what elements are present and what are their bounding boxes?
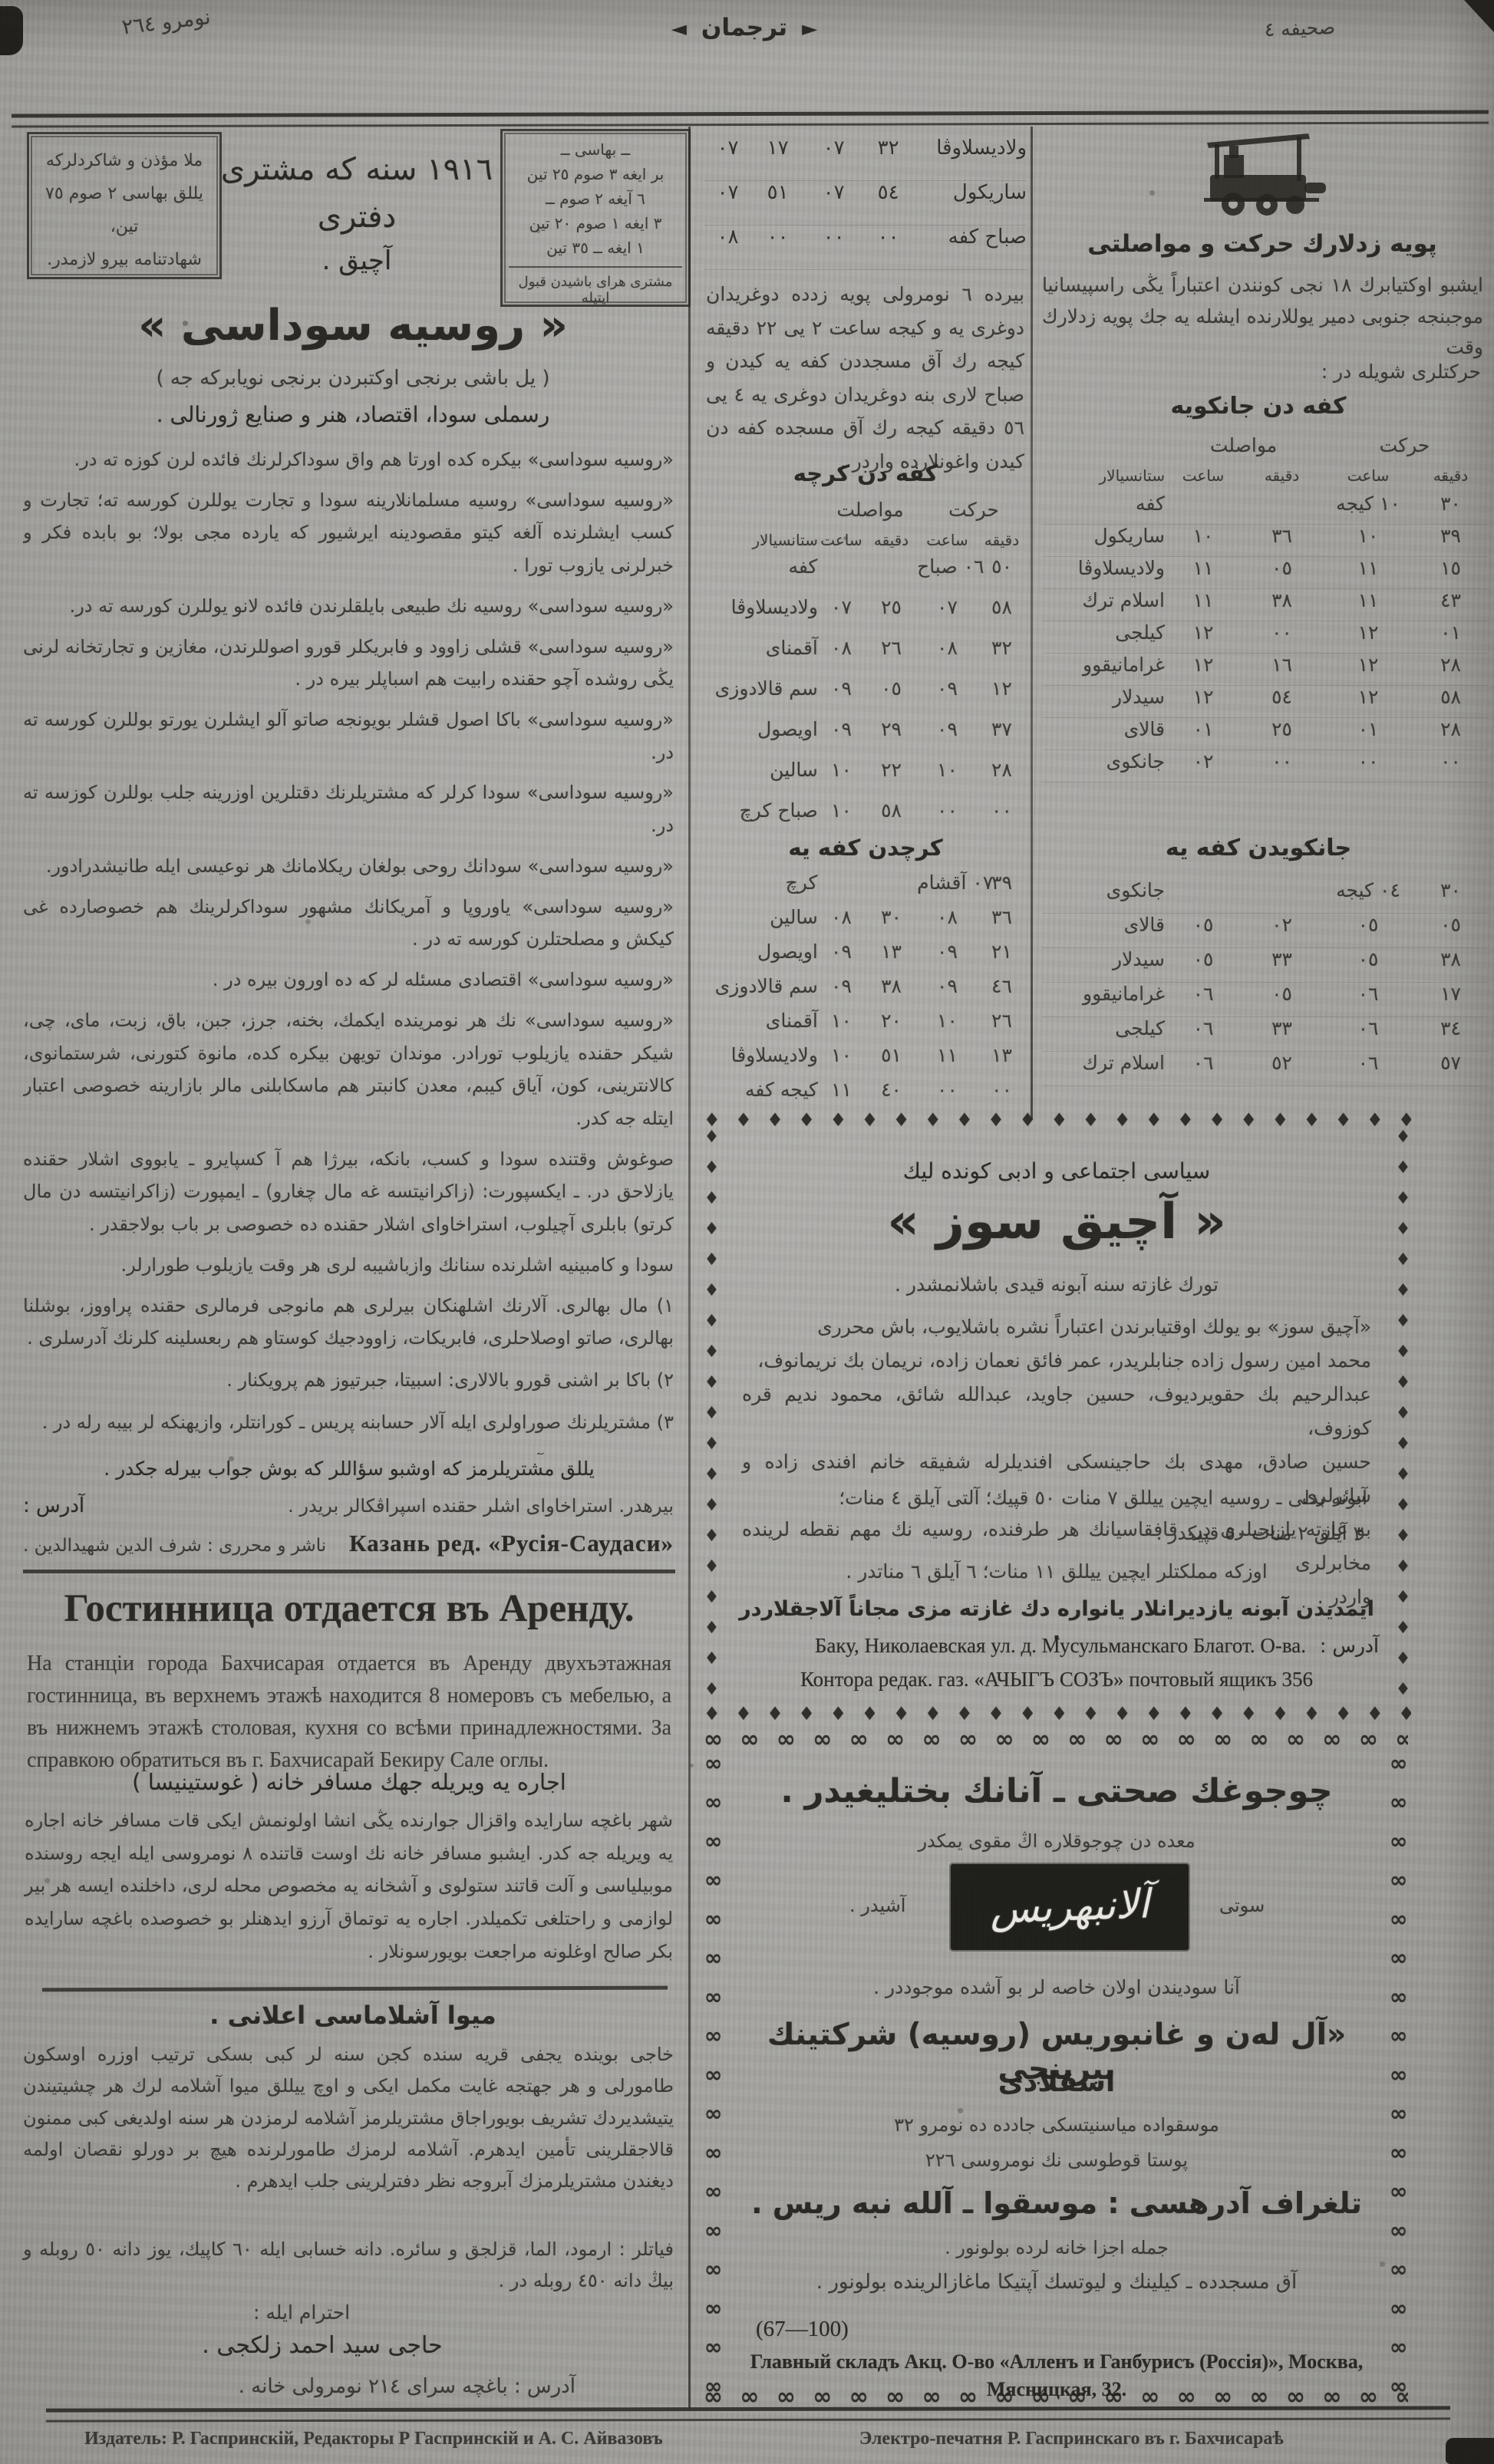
time-cell: ١٢ — [1165, 654, 1242, 676]
time-cell: ٠٥ — [865, 677, 918, 700]
kefe-dzhankoy-subheader: ستانسيالار ساعت دقيقه ساعت دقيقه — [1042, 466, 1487, 485]
time-cell: ٠٨ — [704, 226, 751, 249]
station-name: صباح كرچ — [704, 799, 818, 822]
time-cell: ٠٩ — [818, 940, 865, 963]
notice-line: ملا مؤذن و شاكردلركه — [37, 145, 212, 178]
arrival-header: مواصلت — [820, 499, 921, 521]
time-cell: ٣٧ — [977, 718, 1027, 740]
time-cell: ٠٨ — [818, 637, 865, 659]
time-cell: ٥٨ — [977, 596, 1027, 618]
allen-logo-side-left: آشيدر . — [849, 1895, 905, 1916]
time-cell: ١٣ — [977, 1044, 1027, 1066]
header-rule — [12, 110, 1489, 127]
timetable-row: كفه٠٦ صباح٥٠ — [704, 555, 1027, 596]
locomotive-icon — [1193, 129, 1351, 219]
station-name: آقمناى — [704, 1010, 818, 1032]
year-open-notice: ١٩١٦ سنه كه مشترى دفترى آچيق . — [219, 146, 495, 282]
time-cell: ١٠ — [1165, 525, 1242, 547]
time-cell: ٠٠ — [804, 226, 863, 249]
allen-counter: (67—100) — [756, 2317, 849, 2342]
time-cell: ١٢ — [1165, 686, 1242, 708]
timetable-row: سالين٠٨٣٠٠٨٣٦ — [704, 906, 1027, 940]
station-name: ساريكول — [913, 181, 1027, 204]
time-cell: ٥٢ — [1242, 1052, 1322, 1074]
time-cell: ٠٧ — [918, 596, 977, 618]
departure-header: حركت — [1322, 434, 1487, 456]
station-name: سيدلار — [1042, 686, 1165, 708]
time-cell: ٣٤ — [1414, 1017, 1487, 1039]
allen-akmescit-line: آق مسجدده ـ كيلينك و ليوتسك آپتيكا ماغاز… — [750, 2271, 1364, 2294]
address-label: آدرس : — [1320, 1635, 1379, 1657]
masthead-left-ornament-icon: ◄ — [671, 18, 687, 41]
time-cell: ١١ — [1322, 557, 1414, 579]
time-cell: ٠٠ — [977, 799, 1027, 822]
time-cell: ٢٩ — [865, 718, 918, 740]
time-cell: ٣٨ — [1242, 589, 1322, 611]
kefe-dzhankoy-title: كفه دن جانكويه — [1044, 393, 1473, 420]
timetable-row: سيدلار١٢٥٤١٢٥٨ — [1042, 686, 1487, 718]
paragraph: «روسيه سوداسى» روسيه مسلمانلارينه سودا و… — [23, 484, 674, 582]
kefe-kerch-table: كفه٠٦ صباح٥٠ولاديسلاوڤا٠٧٢٥٠٧٥٨آقمناى٠٨٢… — [704, 555, 1027, 840]
station-name: سالين — [704, 759, 818, 781]
agency-tail-line: بيرهدر. استراخاواى اشلر حقنده اسپراڤكالر… — [288, 1495, 674, 1517]
allen-logo-text: آلانبهريس — [949, 1860, 1190, 1955]
station-name: كيجه كفه — [704, 1079, 818, 1101]
footer-printer: Электро-печатня Р. Гаспринскаго въ г. Ба… — [859, 2429, 1284, 2449]
station-name: اسلام ترك — [1042, 1052, 1165, 1074]
timetable-row: ساريكول٠٧٥١٠٧٥٤ — [704, 181, 1027, 226]
time-cell: ٣٣ — [1242, 1017, 1322, 1039]
time-cell: ٣٢ — [863, 137, 913, 160]
time-cell: ٣٠ — [1414, 492, 1487, 515]
section-rule — [42, 1986, 668, 1992]
station-name: كيلجى — [1042, 621, 1165, 644]
section-rule — [23, 1570, 675, 1573]
diamond-border-top: ♦ ♦ ♦ ♦ ♦ ♦ ♦ ♦ ♦ ♦ ♦ ♦ ♦ ♦ ♦ ♦ ♦ ♦ ♦ ♦ … — [704, 1109, 1411, 1131]
time-cell: ٠١ — [1322, 718, 1414, 740]
price-line: ــ بهاسى ــ — [509, 137, 682, 162]
spacer — [704, 499, 820, 521]
year-line: ١٩١٦ سنه كه مشترى دفترى — [219, 146, 495, 241]
time-cell: ٢٠ — [865, 1010, 918, 1032]
trains-intro: ايشبو اوكتيابرك ١٨ نجى كونندن اعتباراً ي… — [1042, 270, 1483, 364]
allen-company-line2: اسقلادى — [888, 2067, 1225, 2098]
numbered-item: ٤) قازانده غى آدمينيستراتسيونى، كرازدانس… — [23, 1448, 674, 1454]
allen-logo-side-right: سوتى — [1219, 1895, 1265, 1916]
station-name: قالاى — [1042, 718, 1165, 740]
paragraph: «روسيه سوداسى» سودا كرلر كه مشتريلرنك دق… — [23, 776, 674, 842]
time-cell: ٠٨ — [818, 906, 865, 928]
minute-header: دقيقه — [1414, 466, 1487, 485]
station-name: ولاديسلاوڤا — [913, 137, 1027, 160]
time-cell: ١٦ — [1242, 654, 1322, 676]
mullah-notice-lines: ملا مؤذن و شاكردلركهيللق بهاسى ٢ صوم ٧٥ … — [37, 145, 212, 277]
time-cell: ٠٦ — [1322, 1017, 1414, 1039]
newspaper-page: نومرو ٢٦٤ ◄ ترجمان ► صحيفه ٤ ملا مؤذن و … — [0, 0, 1494, 2464]
station-name: سم قالادوزى — [704, 677, 818, 700]
time-cell: ٣٦ — [1242, 525, 1322, 547]
fruit-ad-regards: احترام ايله : — [253, 2301, 350, 2324]
time-cell: ٠١ — [1165, 718, 1242, 740]
masthead-title: ترجمان — [701, 14, 787, 41]
time-cell: ٠٥ — [1165, 948, 1242, 970]
time-cell: ٠٥ — [1414, 914, 1487, 936]
time-cell: ٥٠ — [977, 555, 1027, 578]
time-cell: ٣٨ — [865, 975, 918, 997]
numbered-item: ١) مال بهالرى. آلارنك اشلهنكان بيرلرى هم… — [23, 1290, 674, 1355]
station-name: سالين — [704, 906, 818, 928]
achiq-body-line: «آچيق سوز» بو يولك اوقتيابرندن اعتباراً … — [742, 1310, 1371, 1344]
time-cell: ٠٧ — [704, 137, 751, 160]
price-box: ــ بهاسى ــبر ايغه ٣ صوم ٢٥ تين٦ آيغه ٢ … — [500, 129, 691, 307]
time-cell: ١٠ — [818, 799, 865, 822]
timetable-row: سم قالادوزى٠٩٠٥٠٩١٢ — [704, 677, 1027, 718]
time-cell: ٥٤ — [1242, 686, 1322, 708]
timetable-continuation: ولاديسلاوڤا٠٧١٧٠٧٣٢ساريكول٠٧٥١٠٧٥٤صباح ك… — [704, 137, 1027, 270]
achiq-address-russian: Баку, Николаевская ул. д. Мусульманскаго… — [815, 1634, 1306, 1658]
time-cell: ١٠ كيجه — [1322, 492, 1414, 515]
trains-intro-tail: حركتلرى شويله در : — [1151, 361, 1481, 383]
time-cell: ٠٢ — [1165, 750, 1242, 772]
station-name: سم قالادوزى — [704, 975, 818, 997]
time-cell: ١٢ — [1165, 621, 1242, 644]
time-cell: ١١ — [1322, 589, 1414, 611]
price-line: ٦ آيغه ٢ صوم ــ — [509, 186, 682, 211]
time-cell: ٣٢ — [977, 637, 1027, 659]
minute-header: دقيقه — [977, 531, 1027, 549]
timetable-row: كيلجى١٢٠٠١٢٠١ — [1042, 621, 1487, 654]
kefe-kerch-subheader: ستانسيالار ساعت دقيقه ساعت دقيقه — [704, 531, 1027, 549]
chain-border-top: ∞ ∞ ∞ ∞ ∞ ∞ ∞ ∞ ∞ ∞ ∞ ∞ ∞ ∞ ∞ ∞ ∞ ∞ ∞ ∞ … — [704, 1726, 1408, 1753]
hotel-ad-heading: Гостинница отдается въ Аренду. — [23, 1586, 675, 1631]
time-cell: ٥١ — [865, 1044, 918, 1066]
time-cell: ٠٤ كيجه — [1322, 879, 1414, 901]
time-cell: ٠٠ — [918, 799, 977, 822]
time-cell: ٢٦ — [865, 637, 918, 659]
footer-publisher: Издатель: Р. Гаспринскій, Редакторы Р Га… — [84, 2429, 663, 2449]
time-cell: ١٢ — [1322, 654, 1414, 676]
station-name: سيدلار — [1042, 948, 1165, 970]
paragraph: «روسيه سوداسى» قشلى زاوود و فابريكلر قور… — [23, 631, 674, 696]
time-cell: ٥٤ — [863, 181, 913, 204]
numbered-item: ٣) مشتريلرنك صوراولرى ايله آلار حسابنه پ… — [23, 1406, 674, 1439]
issue-number-label: نومرو ٢٦٤ — [41, 5, 212, 50]
timetable-row: ولاديسلاوڤا١١٠٥١١١٥ — [1042, 557, 1487, 589]
time-cell: ٣٣ — [1242, 948, 1322, 970]
time-cell: ٠٧ آقشام — [917, 871, 977, 894]
price-line: ١ ايغه ــ ٣٥ تين — [509, 236, 682, 260]
allen-subline: معده دن چوجوقلاره اڭ مقوى يمكدر — [819, 1830, 1294, 1852]
time-cell: ٠٦ — [1322, 983, 1414, 1005]
timetable-row: ولاديسلاوڤا٠٧١٧٠٧٣٢ — [704, 137, 1027, 181]
time-cell: ٠٦ — [1165, 983, 1242, 1005]
paper-specks — [0, 0, 2, 2]
time-cell: ١٠ — [818, 1010, 865, 1032]
achiq-body-line: محمد امين رسول زاده جنابلريدر، عمر فائق … — [742, 1344, 1371, 1378]
time-cell: ٤٣ — [1414, 589, 1487, 611]
station-name: اويصول — [704, 718, 818, 740]
time-cell: ٠٢ — [1242, 914, 1322, 936]
paragraph: سودا و كامبينيه اشلرنده سنانك وازباشيبه … — [23, 1249, 674, 1282]
timetable-row: سالين١٠٢٢١٠٢٨ — [704, 759, 1027, 799]
journal-title: « روسيه سوداسى » — [138, 301, 568, 351]
kefe-dzhankoy-table: كفه١٠ كيجه٣٠ساريكول١٠٣٦١٠٣٩ولاديسلاوڤا١١… — [1042, 492, 1487, 782]
fruit-ad-heading: ميوا آشلاماسى اعلانى . — [92, 2001, 614, 2030]
timetable-row: ساريكول١٠٣٦١٠٣٩ — [1042, 525, 1487, 557]
kefe-kerch-title: كفه دن كرچه — [704, 460, 1027, 486]
masthead: ◄ ترجمان ► — [606, 14, 882, 41]
time-cell: ٠٠ — [918, 1079, 977, 1101]
allen-depot-russian2: Мясницкая, 32. — [734, 2378, 1379, 2401]
achiq-title: « آچيق سوز » — [788, 1194, 1325, 1250]
hotel-ad-arabic-heading: اجاره يه ويريله جهك مسافر خانه ( غوستيني… — [46, 1769, 652, 1795]
time-cell: ٢٥ — [1242, 718, 1322, 740]
station-name: كفه — [704, 555, 817, 578]
time-cell: ١١ — [918, 1044, 977, 1066]
chain-border-left: ∞ ∞ ∞ ∞ ∞ ∞ ∞ ∞ ∞ ∞ ∞ ∞ ∞ ∞ ∞ ∞ ∞ ∞ ∞ ∞ … — [701, 1751, 726, 2395]
timetable-row: آقمناى٠٨٢٦٠٨٣٢ — [704, 637, 1027, 677]
notice-line: شهادتنامه بيرو لازمدر. — [37, 244, 212, 277]
paragraph: صوغوش وقتنده سودا و كسب، بانكه، بيرژا هم… — [23, 1143, 674, 1241]
price-box-lines: ــ بهاسى ــبر ايغه ٣ صوم ٢٥ تين٦ آيغه ٢ … — [509, 137, 682, 260]
station-name: ولاديسلاوڤا — [704, 1044, 818, 1066]
diamond-border-bottom: ♦ ♦ ♦ ♦ ♦ ♦ ♦ ♦ ♦ ♦ ♦ ♦ ♦ ♦ ♦ ♦ ♦ ♦ ♦ ♦ … — [704, 1703, 1411, 1724]
scan-corner-mark — [1464, 0, 1494, 32]
time-cell: ٥٨ — [1414, 686, 1487, 708]
time-cell: ١١ — [1165, 557, 1242, 579]
hour-header: ساعت — [1165, 466, 1242, 485]
time-cell: ١٥ — [1414, 557, 1487, 579]
kazan-editor-arabic: ناشر و محررى : شرف الدين شهيدالدين . — [23, 1536, 326, 1556]
time-cell: ٠٧ — [704, 181, 751, 204]
achiq-body-line: عبدالرحيم بك حقويرديوف، حسين جاويد، عبدا… — [742, 1378, 1371, 1445]
minute-header: دقيقه — [865, 531, 918, 549]
station-name: ولاديسلاوڤا — [704, 596, 818, 618]
station-name: ولاديسلاوڤا — [1042, 557, 1165, 579]
diamond-border-left: ♦ ♦ ♦ ♦ ♦ ♦ ♦ ♦ ♦ ♦ ♦ ♦ ♦ ♦ ♦ ♦ ♦ ♦ ♦ ♦ … — [702, 1128, 721, 1711]
time-cell: ٣٩ — [977, 871, 1027, 894]
station-name: اويصول — [704, 940, 818, 963]
time-cell: ٠٥ — [1322, 914, 1414, 936]
time-cell: ٠٥ — [1165, 914, 1242, 936]
allen-hanburys-logo: آلانبهريس — [951, 1864, 1189, 1950]
achiq-kicker: سياسى اجتماعى و ادبى كونده ليك — [750, 1158, 1364, 1184]
fruit-ad-prices: فياتلر : ارمود، الما، قزلجق و سائره. دان… — [23, 2234, 674, 2297]
price-line: ٣ ايغه ١ صوم ٢٠ تين — [509, 211, 682, 236]
allen-pharmacies-line: جمله اجزا خانه لرده بولونور . — [888, 2237, 1225, 2258]
timetable-row: قالاى٠١٢٥٠١٢٨ — [1042, 718, 1487, 750]
scan-corner-mark — [1446, 2438, 1494, 2464]
time-cell: ١٠ — [818, 759, 865, 781]
dzhankoy-kefe-title: جانكويدن كفه يه — [1044, 835, 1473, 861]
station-name: كفه — [1042, 492, 1165, 515]
allen-depot-russian: Главный складъ Акц. О-во «Алленъ и Ганбу… — [734, 2350, 1379, 2373]
kerch-kefe-table: كرچ٠٧ آقشام٣٩سالين٠٨٣٠٠٨٣٦اويصول٠٩١٣٠٩٢١… — [704, 871, 1027, 1113]
time-cell: ١٧ — [751, 137, 804, 160]
minute-header: دقيقه — [1242, 466, 1322, 485]
time-cell: ٢٨ — [1414, 718, 1487, 740]
paragraph: «روسيه سوداسى» نك هر نومرينده ايكمك، بخن… — [23, 1004, 674, 1135]
paragraph: «روسيه سوداسى» روسيه نك طبيعى بايلقلرندن… — [23, 590, 674, 623]
kefe-kerch-header: مواصلت حركت — [704, 499, 1027, 521]
time-cell: ١٢ — [977, 677, 1027, 700]
paragraph: «روسيه سوداسى» ياوروپا و آمريكانك مشهور … — [23, 891, 674, 956]
year-line: آچيق . — [219, 241, 495, 282]
time-cell: ٠٩ — [918, 718, 977, 740]
stations-header: ستانسيالار — [1042, 466, 1165, 485]
station-name: اسلام ترك — [1042, 589, 1165, 611]
timetable-row: اسلام ترك١١٣٨١١٤٣ — [1042, 589, 1487, 621]
achiq-price-line: آبونه بدلى ـ روسيه ايچين ييللق ٧ منات ٥٠… — [746, 1487, 1367, 1509]
time-cell: ١١ — [1165, 589, 1242, 611]
time-cell: ٢٥ — [865, 596, 918, 618]
timetable-row: غرامانيقوو٠٦٠٥٠٦١٧ — [1042, 983, 1487, 1017]
trains-section-title: پويه زدلارك حركت و مواصلتى — [1040, 230, 1485, 258]
achiq-subtitle: تورك غازته سنه آبونه قيدى باشلانمشدر . — [788, 1273, 1325, 1296]
timetable-row: اويصول٠٩١٣٠٩٢١ — [704, 940, 1027, 975]
chain-border-right: ∞ ∞ ∞ ∞ ∞ ∞ ∞ ∞ ∞ ∞ ∞ ∞ ∞ ∞ ∞ ∞ ∞ ∞ ∞ ∞ … — [1386, 1751, 1411, 2395]
paragraph: «روسيه سوداسى» سودانك روحى بولغان ريكلام… — [23, 850, 674, 883]
station-name: غرامانيقوو — [1042, 983, 1165, 1005]
time-cell: ٢٦ — [977, 1010, 1027, 1032]
station-name: غرامانيقوو — [1042, 654, 1165, 676]
masthead-right-ornament-icon: ► — [802, 18, 817, 41]
time-cell: ٠٨ — [918, 637, 977, 659]
time-cell: ٠٧ — [804, 137, 863, 160]
time-cell: ٠٠ — [1242, 750, 1322, 772]
hotel-ad-body: На станціи города Бахчисарая отдается въ… — [27, 1648, 671, 1777]
fruit-ad-signature: حاجى سيد احمد زلكجى . — [138, 2332, 506, 2359]
hour-header: ساعت — [818, 531, 865, 549]
allen-heading: چوجوغك صحتى ـ آنانك بختليغيدر . — [742, 1772, 1371, 1810]
kazan-editor-russian: Казань ред. «Русія-Саудаси» — [349, 1530, 674, 1557]
price-line: بر ايغه ٣ صوم ٢٥ تين — [509, 162, 682, 186]
timetable-row: قالاى٠٥٠٢٠٥٠٥ — [1042, 914, 1487, 948]
train-note-paragraph: بيرده ٦ نومرولى پويه زدده دوغريدان دوغرى… — [706, 278, 1024, 478]
time-cell: ٠٦ — [1165, 1017, 1242, 1039]
numbered-item: ٢) باكا بر اشنى قورو بالالارى: اسبيتا، ج… — [23, 1364, 674, 1397]
achiq-price-line: ٣ آيلق ٢ منات ٥٠ قپيكدر . — [957, 1522, 1364, 1544]
time-cell: ٠٥ — [1322, 948, 1414, 970]
time-cell: ١١ — [818, 1079, 865, 1101]
achiq-soz-ad-box: ♦ ♦ ♦ ♦ ♦ ♦ ♦ ♦ ♦ ♦ ♦ ♦ ♦ ♦ ♦ ♦ ♦ ♦ ♦ ♦ … — [704, 1114, 1411, 1721]
allen-telegraph-line: تلغراف آدرهسى : موسقوا ـ آلله نبه ريس . — [734, 2186, 1379, 2220]
kazan-imprint-row: ناشر و محررى : شرف الدين شهيدالدين . Каз… — [23, 1530, 674, 1557]
time-cell: ٠٧ — [818, 596, 865, 618]
hour-header: ساعت — [918, 531, 977, 549]
allen-address-line: موسقواده مياسنيتسكى جادده ده نومرو ٣٢ — [811, 2114, 1302, 2136]
timetable-row: كيجه كفه١١٤٠٠٠٠٠ — [704, 1079, 1027, 1113]
agency-tail-row: آدرس : بيرهدر. استراخاواى اشلر حقنده اسپ… — [23, 1494, 674, 1517]
time-cell: ٠٨ — [918, 906, 977, 928]
time-cell: ٥١ — [751, 181, 804, 204]
time-cell: ٢٨ — [1414, 654, 1487, 676]
time-cell: ٠٠ — [1322, 750, 1414, 772]
time-cell: ٢٨ — [977, 759, 1027, 781]
kerch-kefe-title: كرچدن كفه يه — [704, 835, 1027, 861]
time-cell: ١٠ — [1322, 525, 1414, 547]
timetable-row: ولاديسلاوڤا٠٧٢٥٠٧٥٨ — [704, 596, 1027, 637]
timetable-row: سيدلار٠٥٣٣٠٥٣٨ — [1042, 948, 1487, 983]
timetable-row: كرچ٠٧ آقشام٣٩ — [704, 871, 1027, 906]
allen-hanburys-ad-box: ∞ ∞ ∞ ∞ ∞ ∞ ∞ ∞ ∞ ∞ ∞ ∞ ∞ ∞ ∞ ∞ ∞ ∞ ∞ ∞ … — [704, 1732, 1408, 2406]
time-cell: ٣٩ — [1414, 525, 1487, 547]
hotel-ad-arabic-body: شهر باغچه سارايده واقزال جوارنده يڭى انش… — [25, 1804, 673, 1968]
station-name: صباح كفه — [913, 226, 1027, 249]
time-cell: ٠٠ — [751, 226, 804, 249]
station-name: آقمناى — [704, 637, 818, 659]
time-cell: ٣٠ — [865, 906, 918, 928]
time-cell: ٠٦ صباح — [917, 555, 977, 578]
timetable-row: آقمناى١٠٢٠١٠٢٦ — [704, 1010, 1027, 1044]
time-cell: ٠٠ — [1242, 621, 1322, 644]
fruit-ad-body: خاجى بوينده يجفى قريه سنده كجن سنه لر كب… — [23, 2039, 674, 2197]
timetable-row: جانكوى٠٤ كيجه٣٠ — [1042, 879, 1487, 914]
kefe-dzhankoy-header: مواصلت حركت — [1042, 434, 1487, 456]
time-cell: ١٠ — [918, 1010, 977, 1032]
timetable-row: جانكوى٠٢٠٠٠٠٠٠ — [1042, 750, 1487, 782]
time-cell: ٥٨ — [865, 799, 918, 822]
timetable-row: كفه١٠ كيجه٣٠ — [1042, 492, 1487, 525]
time-cell: ٠٩ — [918, 677, 977, 700]
timetable-row: اويصول٠٩٢٩٠٩٣٧ — [704, 718, 1027, 759]
timetable-row: غرامانيقوو١٢١٦١٢٢٨ — [1042, 654, 1487, 686]
dzhankoy-kefe-table: جانكوى٠٤ كيجه٣٠قالاى٠٥٠٢٠٥٠٥سيدلار٠٥٣٣٠٥… — [1042, 879, 1487, 1086]
paragraph: «روسيه سوداسى» بيكره كده اورتا هم واق سو… — [23, 443, 674, 476]
time-cell: ١٠ — [818, 1044, 865, 1066]
allen-milk-line: آنا سوديندن اولان خاصه لر بو آشده موجودد… — [803, 1976, 1310, 1998]
spacer — [1042, 434, 1165, 456]
time-cell: ٤٠ — [865, 1079, 918, 1101]
time-cell: ٠٠ — [1414, 750, 1487, 772]
time-cell: ١٣ — [865, 940, 918, 963]
time-cell: ٠٥ — [1242, 557, 1322, 579]
time-cell: ٠٩ — [818, 718, 865, 740]
time-cell: ٠٥ — [1242, 983, 1322, 1005]
time-cell: ١٧ — [1414, 983, 1487, 1005]
scan-corner-mark — [0, 6, 23, 55]
time-cell: ٠٩ — [918, 940, 977, 963]
promise-line: يللق مشتريلرمز كه اوشبو سؤاللر كه بوش جو… — [46, 1458, 652, 1480]
station-name: كرچ — [704, 871, 817, 894]
footer-rule — [46, 2406, 1450, 2422]
column-divider — [1031, 127, 1033, 1120]
column-divider — [688, 127, 691, 2409]
station-name: ساريكول — [1042, 525, 1165, 547]
address-label: آدرس : — [23, 1494, 84, 1517]
timetable-row: صباح كفه٠٨٠٠٠٠٠٠ — [704, 226, 1027, 270]
journal-description-paragraphs: «روسيه سوداسى» بيكره كده اورتا هم واق سو… — [23, 443, 674, 1454]
stations-header: ستانسيالار — [704, 531, 818, 549]
time-cell: ٥٧ — [1414, 1052, 1487, 1074]
time-cell: ٢٢ — [865, 759, 918, 781]
time-cell: ٣٠ — [1414, 879, 1487, 901]
journal-subtitle: ( يل باشى برنجى اوكتبردن برنجى نويابركه … — [92, 367, 614, 390]
time-cell: ٠٩ — [918, 975, 977, 997]
time-cell: ٣٦ — [977, 906, 1027, 928]
notice-line: يللق بهاسى ٢ صوم ٧٥ تين، — [37, 178, 212, 244]
page-number-label: صحيفه ٤ — [1197, 16, 1336, 43]
time-cell: ٠٦ — [1165, 1052, 1242, 1074]
achiq-kontora-russian: Контора редак. газ. «АЧЫГЪ СОЗЪ» почтовы… — [734, 1668, 1379, 1692]
journal-motto: رسملى سودا، اقتصاد، هنر و صنايع ژورنالى … — [92, 402, 614, 427]
hour-header: ساعت — [1322, 466, 1414, 485]
station-name: جانكوى — [1042, 879, 1165, 901]
paragraph: «روسيه سوداسى» اقتصادى مسئله لر كه ده او… — [23, 964, 674, 996]
time-cell: ١٢ — [1322, 686, 1414, 708]
time-cell: ٠٦ — [1322, 1052, 1414, 1074]
time-cell: ٠١ — [1414, 621, 1487, 644]
